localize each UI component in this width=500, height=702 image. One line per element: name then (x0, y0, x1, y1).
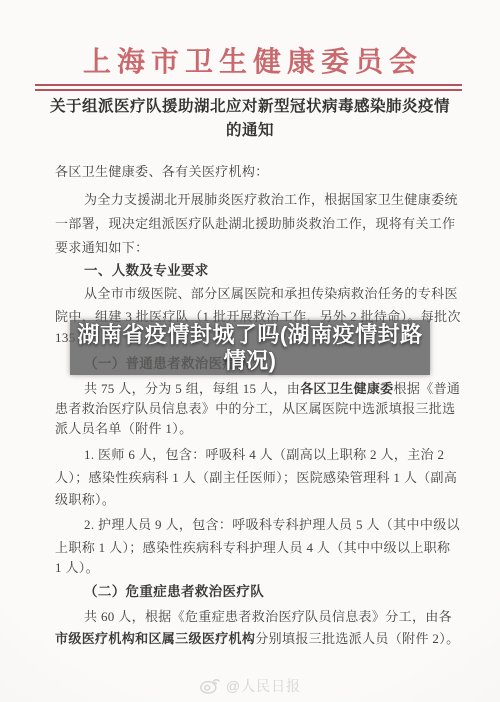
body-line: 共 75 人，分为 5 组，每组 15 人，由各区卫生健康委根据《普通 (84, 378, 460, 397)
body-line: 要求通知如下： (55, 237, 148, 256)
body-run: 根据《普通 (394, 381, 461, 396)
body-line: 2. 护理人员 9 人，包含：呼吸科专科护理人员 5 人（其中中级以 (84, 514, 460, 533)
body-line: 1 人）。 (55, 557, 99, 576)
body-line: 市级医疗机构和区属三级医疗机构分别填报三批选派人员（附件 2）。 (55, 628, 459, 647)
body-run-bold: 市级医疗机构和区属三级医疗机构 (55, 631, 255, 646)
body-run-bold: 各区卫生健康委 (300, 381, 393, 396)
body-run: 分别填报三批选派人员（附件 2）。 (255, 631, 459, 646)
letterhead-separator-line (35, 84, 462, 91)
body-line: 人）；感染性疾病科 1 人（副主任医师）；医院感染管理科 1 人（副高 (55, 467, 457, 486)
section-heading-1: 一、人数及专业要求 (84, 259, 209, 279)
watermark: @人民日报 (0, 676, 500, 696)
document-photo: 上海市卫生健康委员会 关于组派医疗队援助湖北应对新型冠状病毒感染肺炎疫情 的通知… (0, 0, 500, 702)
document-title-line2: 的通知 (0, 119, 500, 143)
body-line: 级职称）。 (55, 489, 115, 508)
body-line-salutation: 各区卫生健康委、各有关医疗机构： (55, 161, 269, 180)
body-line: 一部署，现决定组派医疗队赴湖北援助肺炎救治工作，现将有关工作 (55, 213, 456, 232)
headline-overlay-band: 湖南省疫情封城了吗(湖南疫情封路 情况) (70, 320, 430, 375)
body-run: 共 75 人，分为 5 组，每组 15 人，由 (84, 381, 300, 396)
document-title-line1: 关于组派医疗队援助湖北应对新型冠状病毒感染肺炎疫情 (0, 95, 500, 119)
body-line: 从全市市级医院、部分区属医院和承担传染病救治任务的专科医 (84, 283, 458, 302)
body-line: 上职称 1 人）；感染性疾病科专科护理人员 4 人（其中中级以上职称 (55, 537, 450, 556)
watermark-handle: @人民日报 (226, 676, 301, 696)
document-title: 关于组派医疗队援助湖北应对新型冠状病毒感染肺炎疫情 的通知 (0, 95, 500, 143)
body-line: 派人员名单（附件 1）。 (55, 418, 192, 437)
body-line: 患者救治医疗队员信息表》中的分工，从区属医院中选派填报三批选 (55, 398, 456, 417)
body-line: 共 60 人，根据《危重症患者救治医疗队员信息表》分工，由各 (84, 606, 452, 625)
subsection-heading-2: （二）危重症患者救治医疗队 (84, 580, 264, 600)
body-line: 为全力支援湖北开展肺炎医疗救治工作，根据国家卫生健康委统 (84, 189, 458, 208)
headline-line1: 湖南省疫情封城了吗(湖南疫情封路 (77, 322, 422, 348)
headline-line2: 情况) (224, 348, 277, 374)
letterhead-org-name: 上海市卫生健康委员会 (0, 40, 500, 80)
body-line: 1. 医师 6 人，包含：呼吸科 4 人（副高以上职称 2 人，主治 2 (84, 444, 444, 463)
weibo-icon (199, 677, 221, 695)
